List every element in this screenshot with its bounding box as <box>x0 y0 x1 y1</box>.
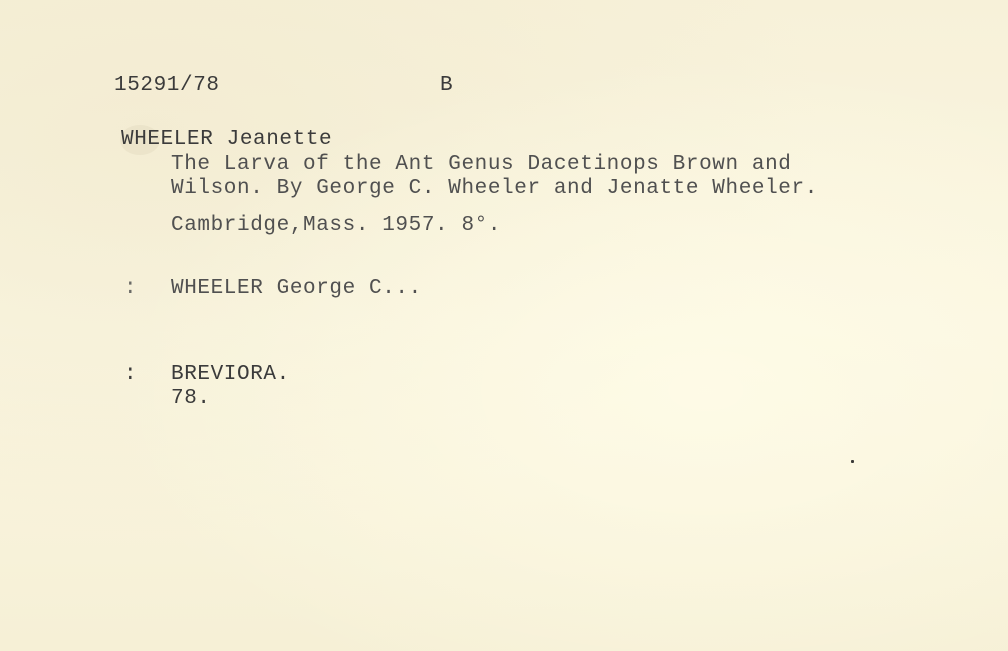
ink-dot <box>851 460 854 463</box>
location-code: B <box>440 74 453 98</box>
series-number: 78. <box>171 387 211 411</box>
catalog-card: 15291/78 B WHEELER Jeanette The Larva of… <box>0 0 1008 651</box>
added-entry-marker: : <box>124 277 137 301</box>
series-marker: : <box>124 363 137 387</box>
call-number: 15291/78 <box>114 74 220 98</box>
series-title: BREVIORA. <box>171 363 290 387</box>
author-heading: WHEELER Jeanette <box>121 128 332 152</box>
added-entry: WHEELER George C... <box>171 277 422 301</box>
title-line-1: The Larva of the Ant Genus Dacetinops Br… <box>171 153 792 177</box>
title-line-2: Wilson. By George C. Wheeler and Jenatte… <box>171 177 818 201</box>
imprint: Cambridge,Mass. 1957. 8°. <box>171 214 501 238</box>
